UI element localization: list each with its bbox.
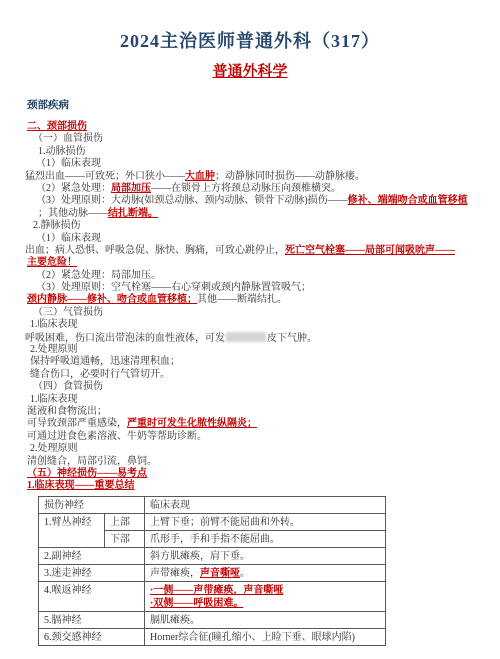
text-segment: 猛烈出血——可致死；外口狭小—— xyxy=(25,171,185,182)
cell-line: ·一侧——声带瘫痪，声音嘶哑 xyxy=(150,584,380,597)
text-segment: 缝合伤口，必要时行气管切开。 xyxy=(30,369,170,380)
text-line: （3）处理原则：大动脉(如颈总动脉、颈内动脉、锁骨下动脉)损伤——修补、端端吻合… xyxy=(0,195,500,207)
table-row: 1.臂丛神经上部上臂下垂；前臂不能屈曲和外转。 xyxy=(39,513,386,530)
cell-line: 爪形手，手和手指不能屈曲。 xyxy=(150,533,380,546)
highlight-text: （五）神经损伤——易考点 xyxy=(27,468,147,479)
text-line: （2）紧急处理：局部加压。 xyxy=(0,270,500,282)
text-segment: （2）紧急处理： xyxy=(36,183,111,194)
text-segment: 皮下气肿。 xyxy=(267,333,317,344)
highlight-text: 大血肿 xyxy=(185,171,215,182)
chapter-heading: 颈部疾病 xyxy=(27,97,500,112)
table-row: 3.迷走神经声带瘫痪，声音嘶哑。 xyxy=(39,564,386,581)
text-segment: 涎液和食物流出； xyxy=(27,406,107,417)
body-text: 二、颈部损伤（一）血管损伤1.动脉损伤（1）临床表现猛烈出血——可致死；外口狭小… xyxy=(0,121,500,493)
text-segment: ——在锁骨上方将颈总动脉压向颈椎横突。 xyxy=(151,183,341,194)
page-title: 2024主治医师普通外科（317） xyxy=(0,0,500,53)
cell-line: 膈肌瘫痪。 xyxy=(150,614,380,627)
text-line: （3）处理原则：空气栓塞——右心穿刺或颈内静脉置管吸气； xyxy=(0,282,500,294)
cell-line: 上臂下垂；前臂不能屈曲和外转。 xyxy=(150,516,380,529)
nerve-label-cell: 1.臂丛神经 xyxy=(39,513,105,547)
cell-line: Horner综合征(瞳孔缩小、上睑下垂、眼球内陷) xyxy=(150,631,380,644)
document-page: 2024主治医师普通外科（317） 普通外科学 颈部疾病 二、颈部损伤（一）血管… xyxy=(0,0,500,659)
header-clinical-manifestation: 临床表现 xyxy=(145,496,386,513)
table-row: 2.副神经斜方肌瘫痪，肩下垂。 xyxy=(39,547,386,564)
text-segment: 爪形手，手和手指不能屈曲。 xyxy=(150,534,280,545)
text-line: 清创缝合，局部引流，鼻饲。 xyxy=(0,456,500,468)
text-line: 主要危险！ xyxy=(0,257,500,269)
text-line: 可导致颈部严重感染，严重时可发生化脓性纵隔炎； xyxy=(0,418,500,430)
highlight-text: 死亡空气栓塞——局部可闻吸吮声—— xyxy=(285,245,455,256)
manifestation-cell: 爪形手，手和手指不能屈曲。 xyxy=(145,530,386,547)
text-segment: ；动静脉同时损伤——动静脉瘘。 xyxy=(215,171,365,182)
text-segment: 上臂下垂；前臂不能屈曲和外转。 xyxy=(150,517,300,528)
text-line: 1.动脉损伤 xyxy=(0,146,500,158)
text-line: 猛烈出血——可致死；外口狭小——大血肿；动静脉同时损伤——动静脉瘘。 xyxy=(0,171,500,183)
text-segment: （一）血管损伤 xyxy=(33,133,103,144)
text-segment: （四）食管损伤 xyxy=(33,381,103,392)
nerve-label-cell: 5.膈神经 xyxy=(39,611,145,628)
text-segment: （2）紧急处理：局部加压。 xyxy=(36,270,161,281)
text-segment: 呼吸困难，伤口流出带泡沫的血性液体，可发 xyxy=(25,333,225,344)
text-segment: 2.静脉损伤 xyxy=(33,220,81,231)
nerve-label-cell: 6.颈交感神经 xyxy=(39,628,145,645)
text-line: 1.临床表现 xyxy=(0,394,500,406)
highlight-text: 修补、端端吻合或血管移植 xyxy=(348,195,468,206)
text-segment: 2.处理原则 xyxy=(30,443,78,454)
text-segment: 膈肌瘫痪。 xyxy=(150,615,200,626)
text-line: （一）血管损伤 xyxy=(0,133,500,145)
text-segment: 清创缝合，局部引流，鼻饲。 xyxy=(27,456,157,467)
text-segment: （1）临床表现 xyxy=(36,233,101,244)
manifestation-cell: 斜方肌瘫痪，肩下垂。 xyxy=(145,547,386,564)
text-segment: 2.处理原则 xyxy=(30,344,78,355)
watermark xyxy=(226,332,266,342)
highlight-text: 二、颈部损伤 xyxy=(27,121,87,132)
text-line: （1）临床表现 xyxy=(0,233,500,245)
highlight-text: ·一侧——声带瘫痪，声音嘶哑 xyxy=(150,585,283,596)
text-line: 缝合伤口，必要时行气管切开。 xyxy=(0,369,500,381)
text-segment: 可通过进食色素溶液、牛奶等帮助诊断。 xyxy=(27,431,207,442)
highlight-text: 严重时可发生化脓性纵隔炎； xyxy=(127,418,257,429)
text-segment: （三）气管损伤 xyxy=(33,307,103,318)
manifestation-cell: Horner综合征(瞳孔缩小、上睑下垂、眼球内陷) xyxy=(145,628,386,645)
text-line: ；其他动脉——结扎断端。 xyxy=(0,208,500,220)
nerve-label-cell: 2.副神经 xyxy=(39,547,145,564)
cell-line: 斜方肌瘫痪，肩下垂。 xyxy=(150,550,380,563)
text-segment: 斜方肌瘫痪，肩下垂。 xyxy=(150,551,250,562)
text-segment: ；其他动脉—— xyxy=(38,208,108,219)
text-segment: 1.临床表现 xyxy=(30,394,78,405)
text-line: 颈内静脉——修补、吻合或血管移植；其他——断端结扎。 xyxy=(0,294,500,306)
highlight-text: 主要危险！ xyxy=(27,257,77,268)
table-row: 5.膈神经膈肌瘫痪。 xyxy=(39,611,386,628)
text-line: 涎液和食物流出； xyxy=(0,406,500,418)
text-segment: 其他——断端结扎。 xyxy=(197,294,287,305)
text-line: （五）神经损伤——易考点 xyxy=(0,468,500,480)
manifestation-cell: 上臂下垂；前臂不能屈曲和外转。 xyxy=(145,513,386,530)
nerve-label-cell: 3.迷走神经 xyxy=(39,564,145,581)
text-line: （1）临床表现 xyxy=(0,158,500,170)
highlight-text: 结扎断端。 xyxy=(108,208,158,219)
nerve-sublabel-cell: 下部 xyxy=(105,530,145,547)
text-line: 保持呼吸道通畅，迅速清理积血； xyxy=(0,356,500,368)
highlight-text: 局部加压 xyxy=(111,183,151,194)
cell-line: 声带瘫痪，声音嘶哑。 xyxy=(150,567,380,580)
nerve-sublabel-cell: 上部 xyxy=(105,513,145,530)
header-injured-nerve: 损伤神经 xyxy=(39,496,145,513)
cell-line: ·双侧——呼吸困难。 xyxy=(150,597,380,610)
text-segment: （3）处理原则：空气栓塞——右心穿刺或颈内静脉置管吸气； xyxy=(36,282,311,293)
text-segment: Horner综合征(瞳孔缩小、上睑下垂、眼球内陷) xyxy=(150,632,355,643)
text-line: 出血；病人恐惧、呼吸急促、脉快、胸痛，可致心跳停止，死亡空气栓塞——局部可闻吸吮… xyxy=(0,245,500,257)
text-segment: 1.动脉损伤 xyxy=(38,146,86,157)
text-line: 可通过进食色素溶液、牛奶等帮助诊断。 xyxy=(0,431,500,443)
text-segment: 出血；病人恐惧、呼吸急促、脉快、胸痛，可致心跳停止， xyxy=(25,245,285,256)
text-segment: 。 xyxy=(240,568,250,579)
text-segment: （3）处理原则：大动脉(如颈总动脉、颈内动脉、锁骨下动脉)损伤—— xyxy=(36,195,348,206)
text-segment: 可导致颈部严重感染， xyxy=(27,418,127,429)
text-line: （四）食管损伤 xyxy=(0,381,500,393)
highlight-text: ·双侧——呼吸困难。 xyxy=(150,598,243,609)
text-line: 2.处理原则 xyxy=(0,344,500,356)
text-segment: （1）临床表现 xyxy=(36,158,101,169)
page-subtitle: 普通外科学 xyxy=(0,60,500,81)
manifestation-cell: ·一侧——声带瘫痪，声音嘶哑·双侧——呼吸困难。 xyxy=(145,581,386,611)
table-row: 4.喉返神经·一侧——声带瘫痪，声音嘶哑·双侧——呼吸困难。 xyxy=(39,581,386,611)
highlight-text: 声音嘶哑 xyxy=(200,568,240,579)
manifestation-cell: 声带瘫痪，声音嘶哑。 xyxy=(145,564,386,581)
table-row: 6.颈交感神经Horner综合征(瞳孔缩小、上睑下垂、眼球内陷) xyxy=(39,628,386,645)
text-line: 呼吸困难，伤口流出带泡沫的血性液体，可发皮下气肿。 xyxy=(0,332,500,344)
text-segment: 1.临床表现 xyxy=(30,319,78,330)
table-header-row: 损伤神经临床表现 xyxy=(39,496,386,513)
text-line: 2.处理原则 xyxy=(0,443,500,455)
text-line: 2.静脉损伤 xyxy=(0,220,500,232)
manifestation-cell: 膈肌瘫痪。 xyxy=(145,611,386,628)
nerve-label-cell: 4.喉返神经 xyxy=(39,581,145,611)
text-line: 二、颈部损伤 xyxy=(0,121,500,133)
text-line: 1.临床表现 xyxy=(0,319,500,331)
text-segment: 声带瘫痪， xyxy=(150,568,200,579)
nerve-injury-table: 损伤神经临床表现1.臂丛神经上部上臂下垂；前臂不能屈曲和外转。下部爪形手，手和手… xyxy=(38,496,386,646)
text-line: （2）紧急处理：局部加压——在锁骨上方将颈总动脉压向颈椎横突。 xyxy=(0,183,500,195)
highlight-text: 颈内静脉——修补、吻合或血管移植； xyxy=(27,294,197,305)
text-line: （三）气管损伤 xyxy=(0,307,500,319)
highlight-text: 1.临床表现——重要总结 xyxy=(27,480,135,491)
text-line: 1.临床表现——重要总结 xyxy=(0,480,500,492)
text-segment: 保持呼吸道通畅，迅速清理积血； xyxy=(30,356,180,367)
